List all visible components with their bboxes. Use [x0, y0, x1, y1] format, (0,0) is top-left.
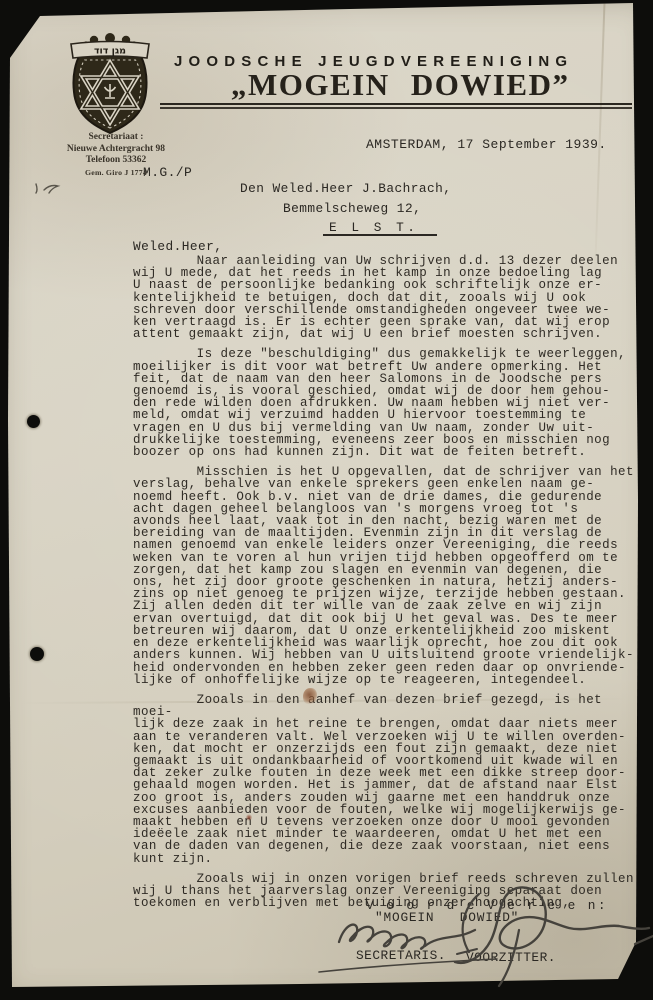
stain [246, 814, 252, 821]
paragraph: Naar aanleiding van Uw schrijven d.d. 13… [133, 255, 645, 340]
chairman-signature-descender [499, 930, 519, 986]
signatures [305, 880, 653, 998]
paragraph: Zooals in den aanhef van dezen brief gez… [133, 694, 645, 865]
scan-background: מגן דוד JOODSCHE JEUGDVEREENIGING „MOGEI… [0, 0, 653, 1000]
letter-body: Naar aanleiding van Uw schrijven d.d. 13… [133, 255, 645, 917]
paragraph: Is deze "beschuldiging" dus gemakkelijk … [133, 348, 645, 458]
salutation: Weled.Heer, [133, 239, 222, 254]
punch-hole [27, 415, 40, 428]
secretary-signature [339, 925, 475, 949]
typist-reference: M.G./P [143, 165, 192, 180]
recipient-city-underline [323, 234, 437, 236]
recipient-city: E L S T. [329, 220, 418, 235]
org-name: „MOGEIN DOWIED” [231, 67, 570, 103]
star-of-david-emblem: מגן דוד [62, 32, 158, 136]
chairman-signature-start [463, 894, 479, 952]
recipient-street: Bemmelscheweg 12, [283, 201, 421, 216]
letter-paper: מגן דוד JOODSCHE JEUGDVEREENIGING „MOGEI… [0, 0, 653, 1000]
recipient-name: Den Weled.Heer J.Bachrach, [240, 181, 451, 196]
pencil-mark [32, 180, 64, 196]
emblem-hebrew-text: מגן דוד [94, 46, 126, 57]
paper-crease [0, 0, 210, 21]
punch-hole [30, 647, 44, 661]
paragraph: Misschien is het U opgevallen, dat de sc… [133, 466, 645, 686]
secretariat-line: Secretariaat : [30, 132, 202, 144]
dateline: AMSTERDAM, 17 September 1939. [366, 137, 607, 152]
chairman-signature [455, 887, 649, 962]
end-dash [635, 936, 653, 944]
header-rule [160, 103, 632, 109]
secretariat-line: Nieuwe Achtergracht 98 [30, 144, 202, 156]
